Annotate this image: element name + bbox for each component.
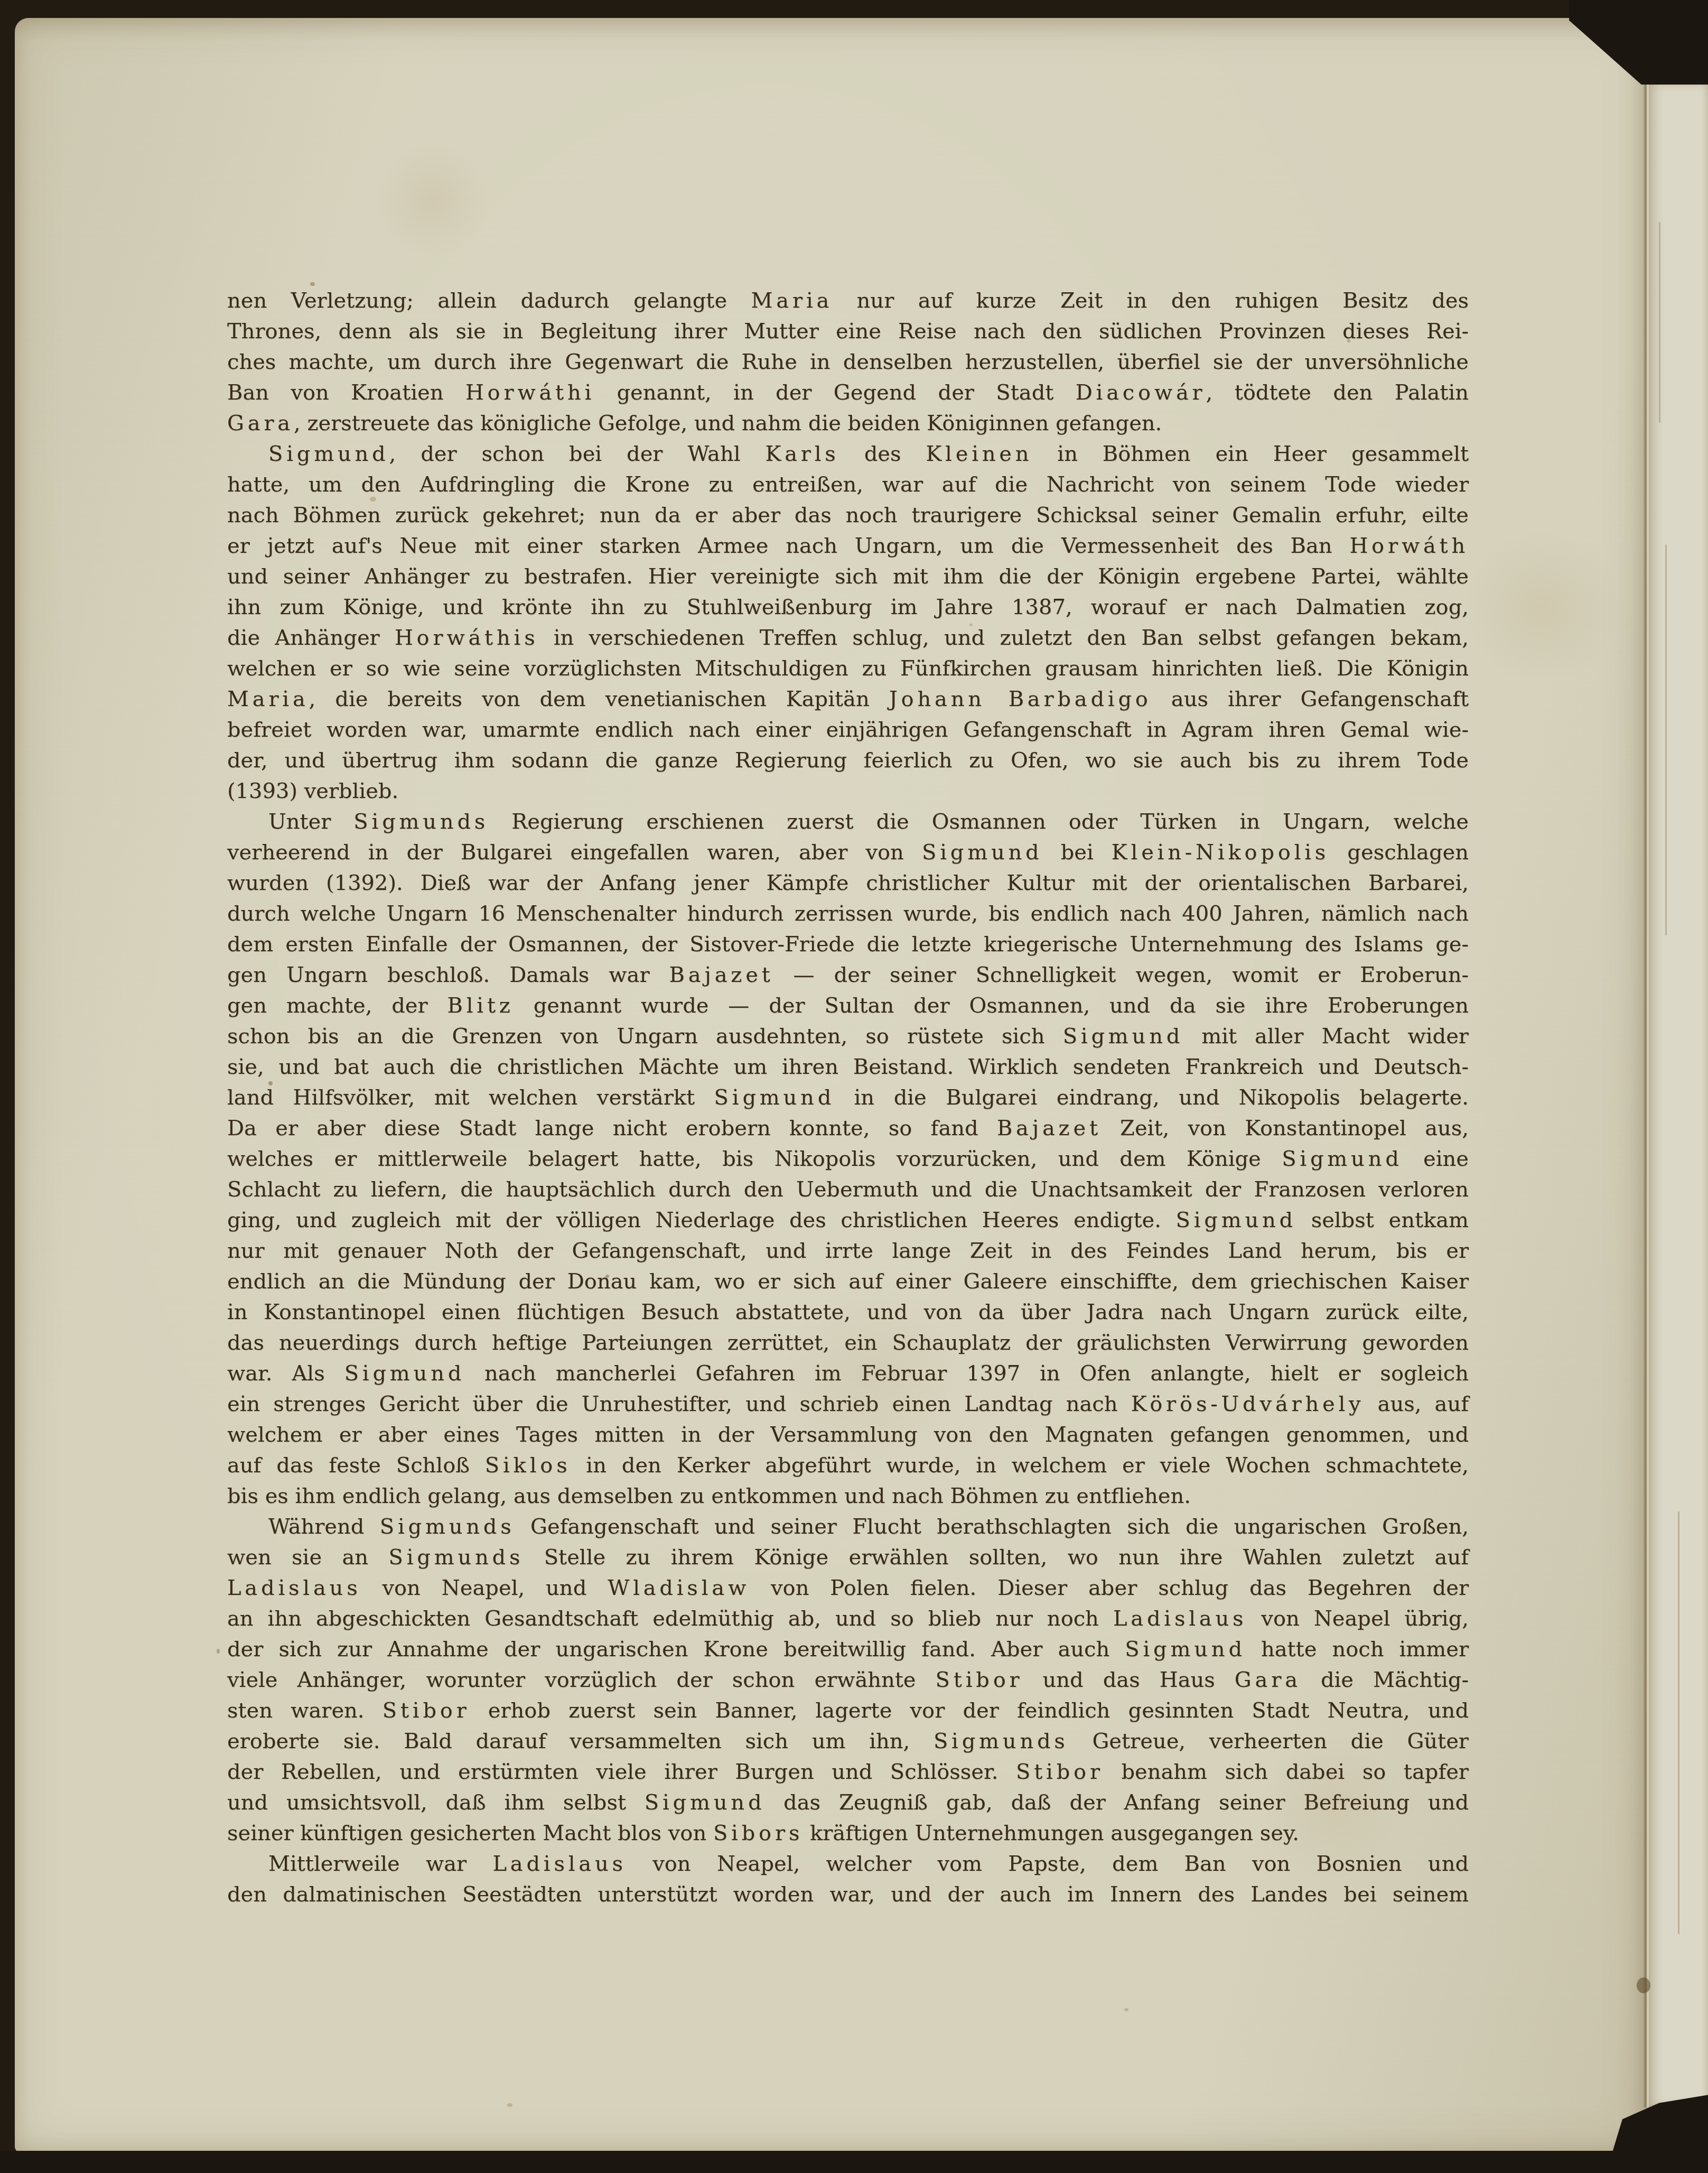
- text-line: befreiet worden war, umarmte endlich nac…: [227, 714, 1469, 745]
- text-run: — der seiner Schnelligkeit wegen, womit …: [774, 963, 1469, 987]
- text-run: nach Böhmen zurück gekehret; nun da er a…: [227, 503, 1469, 527]
- text-run: kräftigen Unternehmungen ausgegangen sey…: [803, 1821, 1299, 1845]
- text-run: ihn zum Könige, und krönte ihn zu Stuhlw…: [227, 595, 1469, 619]
- text-run: von Polen fielen. Dieser aber schlug das…: [750, 1576, 1469, 1600]
- text-line: land Hilfsvölker, mit welchen verstärkt …: [227, 1082, 1469, 1113]
- text-run: genannt wurde — der Sultan der Osmannen,…: [514, 993, 1469, 1018]
- text-run: eroberte sie. Bald darauf versammelten s…: [227, 1729, 934, 1753]
- letterspaced-name: Sigmund: [645, 1790, 765, 1815]
- text-run: von Neapel, und: [361, 1576, 608, 1600]
- text-line: Da er aber diese Stadt lange nicht erobe…: [227, 1113, 1469, 1144]
- text-line: nach Böhmen zurück gekehret; nun da er a…: [227, 500, 1469, 531]
- text-line: Sigmund, der schon bei der Wahl Karls de…: [227, 439, 1469, 469]
- letterspaced-name: Johann Barbadigo: [889, 687, 1152, 711]
- text-run: der, und übertrug ihm sodann die ganze R…: [227, 748, 1469, 773]
- letterspaced-name: Maria: [751, 289, 833, 313]
- text-line: (1393) verblieb.: [227, 776, 1469, 806]
- paper-speck: [507, 2103, 512, 2107]
- text-run: nen Verletzung; allein dadurch gelangte: [227, 289, 751, 313]
- text-run: Stelle zu ihrem Könige erwählen sollten,…: [524, 1545, 1469, 1570]
- text-run: dem ersten Einfalle der Osmannen, der Si…: [227, 932, 1469, 957]
- text-line: dem ersten Einfalle der Osmannen, der Si…: [227, 929, 1469, 960]
- letterspaced-name: Wladislaw: [608, 1576, 750, 1600]
- text-run: aus, auf: [1364, 1392, 1469, 1416]
- text-line: an ihn abgeschickten Gesandtschaft edelm…: [227, 1603, 1469, 1634]
- letterspaced-name: Horwáthis: [395, 626, 539, 650]
- text-run: ches machte, um durch ihre Gegenwart die…: [227, 350, 1469, 374]
- text-run: verheerend in der Bulgarei eingefallen w…: [227, 840, 922, 865]
- text-line: der, und übertrug ihm sodann die ganze R…: [227, 745, 1469, 776]
- text-line: Gara, zerstreuete das königliche Gefolge…: [227, 408, 1469, 439]
- text-run: geschlagen: [1329, 840, 1469, 865]
- text-line: Schlacht zu liefern, die hauptsächlich d…: [227, 1174, 1469, 1205]
- text-run: auf das feste Schloß: [227, 1453, 485, 1478]
- text-run: der Rebellen, und erstürmten viele ihrer…: [227, 1760, 1016, 1784]
- text-line: Thrones, denn als sie in Begleitung ihre…: [227, 316, 1469, 347]
- text-run: genannt, in der Gegend der Stadt: [595, 380, 1076, 405]
- text-line: sie, und bat auch die christlichen Mächt…: [227, 1052, 1469, 1082]
- text-run: , die bereits von dem venetianischen Kap…: [309, 687, 889, 711]
- text-line: Maria, die bereits von dem venetianische…: [227, 684, 1469, 714]
- text-run: und seiner Anhänger zu bestrafen. Hier v…: [227, 564, 1469, 589]
- text-run: die Anhänger: [227, 626, 395, 650]
- text-run: Schlacht zu liefern, die hauptsächlich d…: [227, 1177, 1469, 1202]
- letterspaced-name: Sigmund: [714, 1085, 835, 1110]
- letterspaced-name: Sigmund: [1282, 1147, 1402, 1171]
- paper-stain: [1463, 528, 1622, 687]
- text-run: bis es ihm endlich gelang, aus demselben…: [227, 1484, 1191, 1508]
- paper-stain: [782, 1284, 962, 1464]
- letterspaced-name: Sigmund: [1125, 1637, 1245, 1661]
- letterspaced-name: Siklos: [485, 1453, 571, 1478]
- text-run: , der schon bei der Wahl: [389, 442, 765, 466]
- paper-speck: [370, 497, 376, 502]
- text-run: nach mancherlei Gefahren im Februar 1397…: [465, 1361, 1469, 1386]
- letterspaced-name: Sigmund: [344, 1361, 465, 1386]
- text-line: schon bis an die Grenzen von Ungarn ausd…: [227, 1021, 1469, 1052]
- text-run: Da er aber diese Stadt lange nicht erobe…: [227, 1116, 997, 1140]
- text-line: ihn zum Könige, und krönte ihn zu Stuhlw…: [227, 592, 1469, 623]
- text-run: selbst entkam: [1296, 1208, 1469, 1232]
- text-run: aus ihrer Gefangenschaft: [1152, 687, 1469, 711]
- letterspaced-name: Gara: [1235, 1668, 1301, 1692]
- text-run: schon bis an die Grenzen von Ungarn ausd…: [227, 1024, 1063, 1048]
- paper-speck: [605, 1275, 609, 1278]
- text-run: Gefangenschaft und seiner Flucht beraths…: [515, 1515, 1469, 1539]
- text-line: Während Sigmunds Gefangenschaft und sein…: [227, 1511, 1469, 1542]
- text-run: Mittlerweile war: [268, 1852, 492, 1876]
- letterspaced-name: Diacowár: [1076, 380, 1206, 405]
- text-run: land Hilfsvölker, mit welchen verstärkt: [227, 1085, 714, 1110]
- text-run: , tödtete den Palatin: [1206, 380, 1469, 405]
- text-line: ging, und zugleich mit der völligen Nied…: [227, 1205, 1469, 1236]
- text-line: nur mit genauer Noth der Gefangenschaft,…: [227, 1236, 1469, 1266]
- letterspaced-name: Körös-Udvárhely: [1131, 1392, 1365, 1416]
- text-line: Ladislaus von Neapel, und Wladislaw von …: [227, 1573, 1469, 1603]
- letterspaced-name: Stibor: [936, 1668, 1023, 1692]
- letterspaced-name: Ladislaus: [227, 1576, 361, 1600]
- page-fold-crease: [1643, 82, 1649, 2107]
- paper-speck: [217, 1649, 220, 1654]
- text-run: hatte, um den Aufdringling die Krone zu …: [227, 472, 1469, 497]
- text-line: wurden (1392). Dieß war der Anfang jener…: [227, 868, 1469, 898]
- text-run: in den Kerker abgeführt wurde, in welche…: [571, 1453, 1469, 1478]
- text-line: nen Verletzung; allein dadurch gelangte …: [227, 285, 1469, 316]
- paper-speck: [1124, 2008, 1128, 2011]
- text-run: viele Anhänger, worunter vorzüglich der …: [227, 1668, 936, 1692]
- text-run: befreiet worden war, umarmte endlich nac…: [227, 718, 1469, 742]
- text-run: , zerstreuete das königliche Gefolge, un…: [294, 411, 1162, 435]
- text-line: gen Ungarn beschloß. Damals war Bajazet …: [227, 960, 1469, 990]
- text-run: Zeit, von Konstantinopel aus,: [1102, 1116, 1469, 1140]
- text-line: gen machte, der Blitz genannt wurde — de…: [227, 990, 1469, 1021]
- letterspaced-name: Sigmund: [1063, 1024, 1183, 1048]
- text-run: Getreue, verheerten die Güter: [1069, 1729, 1469, 1753]
- text-run: wurden (1392). Dieß war der Anfang jener…: [227, 871, 1469, 895]
- paragraph: Sigmund, der schon bei der Wahl Karls de…: [227, 439, 1469, 806]
- text-run: in Böhmen ein Heer gesammelt: [1032, 442, 1469, 466]
- letterspaced-name: Sigmunds: [380, 1515, 515, 1539]
- text-run: mit aller Macht wider: [1183, 1024, 1469, 1048]
- text-run: Während: [268, 1515, 380, 1539]
- text-run: an ihn abgeschickten Gesandtschaft edelm…: [227, 1606, 1113, 1631]
- text-run: sie, und bat auch die christlichen Mächt…: [227, 1055, 1469, 1079]
- page-edge-fiber: [1678, 1511, 1679, 1934]
- text-run: gen Ungarn beschloß. Damals war: [227, 963, 669, 987]
- paper-speck: [268, 1081, 273, 1085]
- text-run: wen sie an: [227, 1545, 388, 1570]
- letterspaced-name: Blitz: [447, 993, 514, 1018]
- paper-stain: [375, 143, 491, 259]
- text-run: nur auf kurze Zeit in den ruhigen Besitz…: [833, 289, 1469, 313]
- text-run: von Neapel übrig,: [1247, 1606, 1469, 1631]
- text-line: die Anhänger Horwáthis in verschiedenen …: [227, 623, 1469, 653]
- text-line: bis es ihm endlich gelang, aus demselben…: [227, 1481, 1469, 1511]
- paragraph: nen Verletzung; allein dadurch gelangte …: [227, 285, 1469, 439]
- letterspaced-name: Stibor: [1016, 1760, 1104, 1784]
- paper-stain: [1257, 1733, 1405, 1881]
- text-line: welches er mittlerweile belagert hatte, …: [227, 1144, 1469, 1174]
- text-run: durch welche Ungarn 16 Menschenalter hin…: [227, 902, 1469, 926]
- text-run: er jetzt auf's Neue mit einer starken Ar…: [227, 534, 1349, 558]
- paper-speck: [969, 624, 973, 626]
- text-line: Unter Sigmunds Regierung erschienen zuer…: [227, 806, 1469, 837]
- text-run: seiner künftigen gesicherten Macht blos …: [227, 1821, 713, 1845]
- text-line: sten waren. Stibor erhob zuerst sein Ban…: [227, 1695, 1469, 1726]
- text-line: der sich zur Annahme der ungarischen Kro…: [227, 1634, 1469, 1665]
- text-run: (1393) verblieb.: [227, 779, 398, 803]
- letterspaced-name: Karls: [765, 442, 839, 466]
- letterspaced-name: Maria: [227, 687, 309, 711]
- text-line: Ban von Kroatien Horwáthi genannt, in de…: [227, 377, 1469, 408]
- letterspaced-name: Sigmunds: [388, 1545, 524, 1570]
- text-line: viele Anhänger, worunter vorzüglich der …: [227, 1665, 1469, 1695]
- text-run: den dalmatinischen Seestädten unterstütz…: [227, 1882, 1469, 1907]
- letterspaced-name: Ladislaus: [1113, 1606, 1247, 1631]
- text-line: und seiner Anhänger zu bestrafen. Hier v…: [227, 561, 1469, 592]
- text-line: den dalmatinischen Seestädten unterstütz…: [227, 1879, 1469, 1910]
- letterspaced-name: Sibors: [713, 1821, 803, 1845]
- paper-speck: [310, 282, 315, 286]
- text-line: hatte, um den Aufdringling die Krone zu …: [227, 469, 1469, 500]
- scan-background-bottom-edge: [0, 2151, 1708, 2173]
- text-run: und umsichtsvoll, daß ihm selbst: [227, 1790, 645, 1815]
- text-run: welchen er so wie seine vorzüglichsten M…: [227, 656, 1469, 681]
- letterspaced-name: Bajazet: [669, 963, 774, 987]
- paper-speck: [1347, 339, 1350, 342]
- text-run: hatte noch immer: [1246, 1637, 1469, 1661]
- letterspaced-name: Kleinen: [926, 442, 1032, 466]
- letterspaced-name: Ladislaus: [492, 1852, 626, 1876]
- text-run: bei: [1042, 840, 1111, 865]
- text-run: war. Als: [227, 1361, 344, 1386]
- text-run: eine: [1403, 1147, 1469, 1171]
- text-line: welchen er so wie seine vorzüglichsten M…: [227, 653, 1469, 684]
- text-run: der sich zur Annahme der ungarischen Kro…: [227, 1637, 1125, 1661]
- text-run: und das Haus: [1023, 1668, 1234, 1692]
- text-run: erhob zuerst sein Banner, lagerte vor de…: [470, 1698, 1469, 1723]
- text-run: die Mächtig-: [1301, 1668, 1469, 1692]
- text-run: ein strenges Gericht über die Unruhestif…: [227, 1392, 1131, 1416]
- paper-speck: [1637, 1977, 1650, 1993]
- text-line: verheerend in der Bulgarei eingefallen w…: [227, 837, 1469, 868]
- letterspaced-name: Klein-Nikopolis: [1112, 840, 1329, 865]
- text-run: sten waren.: [227, 1698, 382, 1723]
- page-edge-fiber: [1659, 222, 1660, 423]
- text-run: gen machte, der: [227, 993, 447, 1018]
- text-run: ging, und zugleich mit der völligen Nied…: [227, 1208, 1176, 1232]
- text-line: er jetzt auf's Neue mit einer starken Ar…: [227, 531, 1469, 561]
- letterspaced-name: Sigmunds: [353, 810, 489, 834]
- letterspaced-name: Bajazet: [997, 1116, 1102, 1140]
- letterspaced-name: Stibor: [382, 1698, 470, 1723]
- text-run: in verschiedenen Treffen schlug, und zul…: [538, 626, 1469, 650]
- text-run: des: [839, 442, 926, 466]
- text-run: Unter: [268, 810, 353, 834]
- letterspaced-name: Horwáthi: [465, 380, 595, 405]
- text-line: wen sie an Sigmunds Stelle zu ihrem Köni…: [227, 1542, 1469, 1573]
- text-run: nur mit genauer Noth der Gefangenschaft,…: [227, 1239, 1469, 1263]
- text-run: in die Bulgarei eindrang, und Nikopolis …: [835, 1085, 1469, 1110]
- text-run: welches er mittlerweile belagert hatte, …: [227, 1147, 1282, 1171]
- scanned-book-spread: { "document": { "kind": "book-page-scan"…: [0, 0, 1708, 2173]
- page-text: nen Verletzung; allein dadurch gelangte …: [227, 285, 1469, 1910]
- text-run: Ban von Kroatien: [227, 380, 465, 405]
- letterspaced-name: Sigmund: [268, 442, 389, 466]
- text-line: ches machte, um durch ihre Gegenwart die…: [227, 347, 1469, 377]
- page-edge-fiber: [1665, 544, 1667, 935]
- text-line: durch welche Ungarn 16 Menschenalter hin…: [227, 898, 1469, 929]
- text-run: Thrones, denn als sie in Begleitung ihre…: [227, 319, 1469, 343]
- text-run: Regierung erschienen zuerst die Osmannen…: [489, 810, 1469, 834]
- letterspaced-name: Sigmund: [1176, 1208, 1296, 1232]
- letterspaced-name: Horwáth: [1349, 534, 1469, 558]
- letterspaced-name: Sigmund: [922, 840, 1042, 865]
- letterspaced-name: Gara: [227, 411, 294, 435]
- letterspaced-name: Sigmunds: [934, 1729, 1069, 1753]
